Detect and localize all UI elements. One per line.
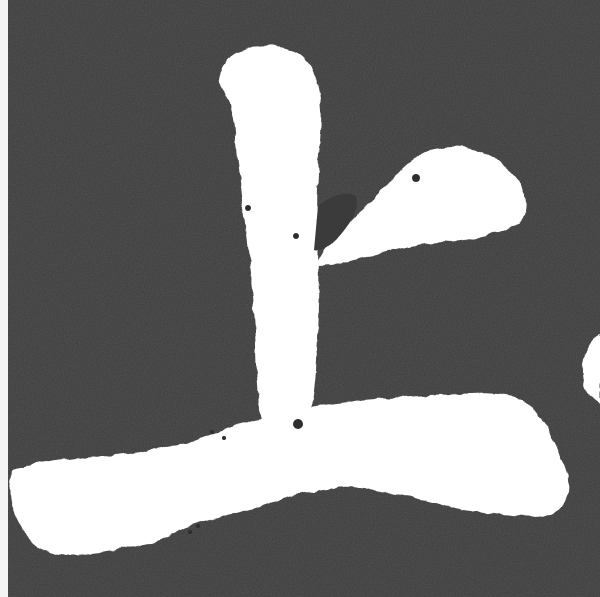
left-margin — [0, 0, 8, 597]
calligraphy-rubbing — [0, 0, 600, 597]
